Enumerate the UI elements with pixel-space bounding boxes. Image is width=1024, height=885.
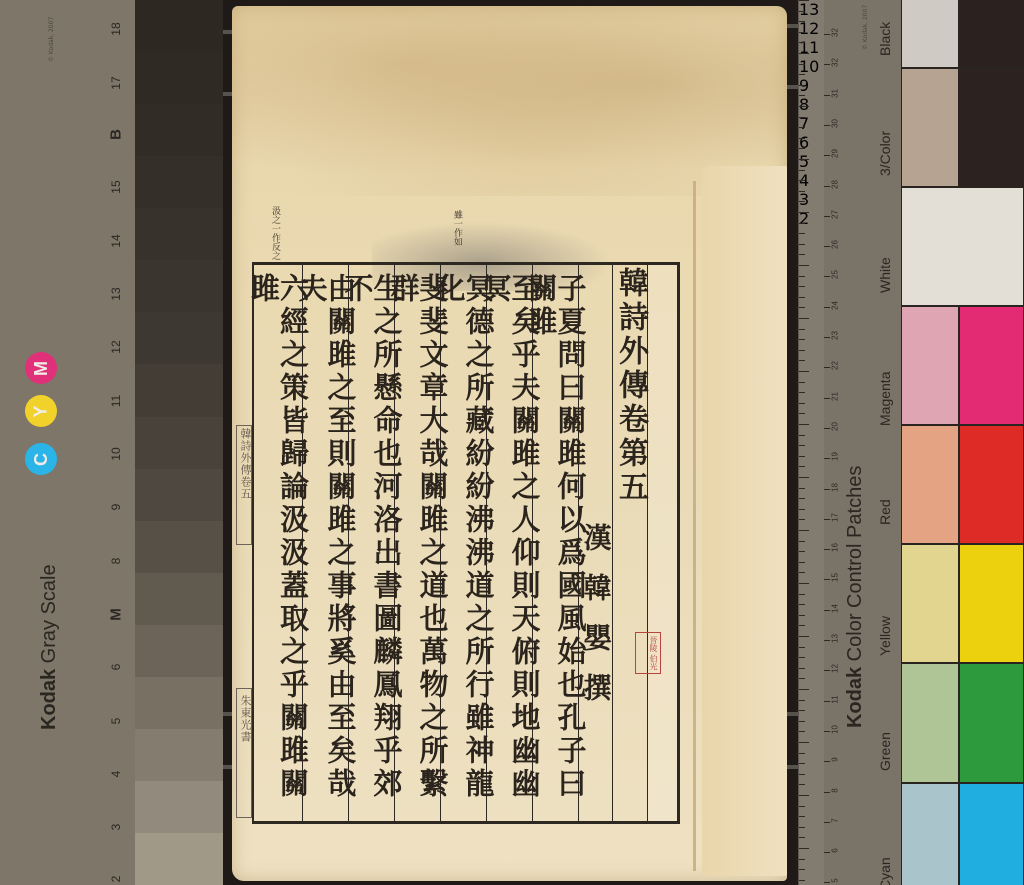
cm-label: 23 <box>831 325 840 347</box>
cm-label: 6 <box>831 840 840 862</box>
color-control-copyright: © Kodak, 2007 <box>862 5 869 50</box>
gray-patch <box>135 260 223 312</box>
cm-tick <box>824 216 830 217</box>
ruler-tick <box>799 138 805 139</box>
cm-tick <box>824 610 830 611</box>
ruler-tick <box>799 413 805 414</box>
gray-step-label: 8 <box>109 549 123 573</box>
cm-tick <box>824 579 830 580</box>
ruler-tick <box>799 477 809 478</box>
cm-label: 19 <box>831 446 840 468</box>
ruler-tick <box>799 95 805 96</box>
cm-tick <box>824 670 830 671</box>
gray-step-label: 11 <box>109 389 123 413</box>
cm-ruler: 1312111098765432 <box>798 0 824 885</box>
gray-patch <box>135 833 223 885</box>
patch-label-black: Black <box>877 22 893 56</box>
cm-label: 22 <box>831 355 840 377</box>
page-fold-line <box>693 181 696 871</box>
color-patch-red-dark <box>959 425 1024 544</box>
cm-tick <box>824 367 830 368</box>
gray-patch <box>135 625 223 677</box>
ruler-tick <box>799 180 805 181</box>
red-seal-stamp: 晉陵 伯光 <box>635 632 661 674</box>
cm-tick <box>824 64 830 65</box>
gray-step-label: 2 <box>109 867 123 885</box>
gray-patch <box>135 52 223 104</box>
ruler-tick <box>799 445 805 446</box>
cmy-dot-y: Y <box>25 395 57 427</box>
ruler-tick <box>799 201 805 202</box>
ruler-tick <box>799 233 805 234</box>
ruler-tick <box>799 286 805 287</box>
ruler-tick <box>799 689 809 690</box>
color-patch-red-light <box>901 425 959 544</box>
cmy-dot-c: C <box>25 443 57 475</box>
ruler-tick <box>799 382 805 383</box>
cm-label: 9 <box>831 749 840 771</box>
patch-label-green: Green <box>877 732 893 771</box>
gray-patch <box>135 208 223 260</box>
ruler-tick <box>799 392 805 393</box>
gray-patch <box>135 469 223 521</box>
ruler-tick <box>799 170 805 171</box>
cm-tick <box>824 125 830 126</box>
gray-scale-title: Kodak Gray Scale <box>38 564 61 730</box>
ruler-tick <box>799 625 805 626</box>
gray-scale-patches <box>135 0 223 885</box>
cm-label: 24 <box>831 294 840 316</box>
cm-tick <box>824 519 830 520</box>
ruler-tick <box>799 700 805 701</box>
cm-label: 27 <box>831 203 840 225</box>
ruler-tick <box>799 572 805 573</box>
patch-label-white: White <box>877 257 893 293</box>
gray-step-label: 14 <box>109 229 123 253</box>
ruler-tick <box>799 519 805 520</box>
cm-tick <box>824 428 830 429</box>
ruler-tick <box>799 350 805 351</box>
ruler-tick <box>799 424 809 425</box>
gray-patch <box>135 104 223 156</box>
cm-label: 12 <box>831 658 840 680</box>
cm-tick <box>824 276 830 277</box>
ruler-tick <box>799 604 805 605</box>
cm-tick <box>824 852 830 853</box>
cm-label: 21 <box>831 385 840 407</box>
ruler-tick <box>799 541 805 542</box>
cm-label: 15 <box>831 567 840 589</box>
gray-patch <box>135 417 223 469</box>
ruler-tick <box>799 647 805 648</box>
patch-label-yellow: Yellow <box>877 616 893 656</box>
ruler-tick <box>799 498 805 499</box>
cm-label: 32 <box>831 52 840 74</box>
ruler-tick <box>799 11 805 12</box>
ruler-tick <box>799 42 805 43</box>
inch-label: 13 <box>799 0 824 19</box>
patch-label-magenta: Magenta <box>877 372 893 426</box>
ruler-tick <box>799 339 805 340</box>
color-patch-green-dark <box>959 663 1024 783</box>
inch-label: 3 <box>799 190 824 209</box>
cm-label: 20 <box>831 415 840 437</box>
ruler-tick <box>799 710 805 711</box>
color-patch-magenta-dark <box>959 306 1024 425</box>
color-patch-yellow-light <box>901 544 959 663</box>
ruler-tick <box>799 869 805 870</box>
gray-patch <box>135 312 223 364</box>
cm-tick <box>824 458 830 459</box>
gray-patch <box>135 677 223 729</box>
patch-label-red: Red <box>877 499 893 525</box>
ruler-tick <box>799 117 805 118</box>
cmy-dot-m: M <box>25 352 57 384</box>
color-patch-cyan-light <box>901 783 959 885</box>
inch-label: 11 <box>799 38 824 57</box>
ruler-tick <box>799 276 805 277</box>
cm-tick <box>824 882 830 883</box>
cm-tick <box>824 640 830 641</box>
annotation-right: 雖一作如 <box>452 210 462 246</box>
gray-step-label: 18 <box>109 17 123 41</box>
ruler-tick <box>799 806 805 807</box>
cm-tick <box>824 822 830 823</box>
gray-step-label: 5 <box>109 709 123 733</box>
ruler-tick <box>799 435 805 436</box>
page-fold-flap <box>702 166 787 876</box>
cm-label: 28 <box>831 173 840 195</box>
color-patch-cyan-dark <box>959 783 1024 885</box>
ruler-tick <box>799 509 805 510</box>
cm-label: 29 <box>831 143 840 165</box>
ruler-tick <box>799 880 805 881</box>
ruler-tick <box>799 583 809 584</box>
ruler-tick <box>799 106 809 107</box>
gray-step-label: 10 <box>109 442 123 466</box>
color-patch-magenta-light <box>901 306 959 425</box>
cm-tick <box>824 337 830 338</box>
ruler-tick <box>799 85 805 86</box>
gray-step-label: 17 <box>109 71 123 95</box>
gray-step-label: B <box>108 123 125 147</box>
ruler-tick <box>799 244 805 245</box>
annotation-left: 汲之一作反之 <box>270 206 280 260</box>
ruler-tick <box>799 636 809 637</box>
gray-patch <box>135 573 223 625</box>
cm-tick <box>824 398 830 399</box>
ruler-tick <box>799 742 809 743</box>
ruler-tick <box>799 816 805 817</box>
ruler-tick <box>799 784 805 785</box>
gray-patch <box>135 729 223 781</box>
title-column: 韓詩外傳卷第五 <box>612 265 646 821</box>
cm-label: 26 <box>831 234 840 256</box>
ruler-tick <box>799 488 805 489</box>
cm-label: 14 <box>831 597 840 619</box>
ruler-tick <box>799 763 805 764</box>
inch-label: 10 <box>799 57 824 76</box>
color-control-title: Kodak Color Control Patches <box>844 466 867 728</box>
cm-tick <box>824 95 830 96</box>
cm-label: 8 <box>831 779 840 801</box>
cm-label: 16 <box>831 537 840 559</box>
gray-patch <box>135 0 223 52</box>
ruler-tick <box>799 551 805 552</box>
ruler-tick <box>799 795 809 796</box>
ruler-tick <box>799 53 809 54</box>
ruler-tick <box>799 859 805 860</box>
gray-patch <box>135 521 223 573</box>
ruler-tick <box>799 594 805 595</box>
ruler-tick <box>799 657 805 658</box>
cm-tick <box>824 489 830 490</box>
ruler-tick <box>799 159 809 160</box>
kodak-gray-scale-target: © Kodak, 2007 MYC 1817B15141312111098M65… <box>0 0 135 885</box>
color-patch-black-light <box>901 0 959 68</box>
book-title: 韓詩外傳卷第五 <box>615 265 645 505</box>
ruler-tick <box>799 64 805 65</box>
cm-tick <box>824 731 830 732</box>
gray-step-label: 12 <box>109 335 123 359</box>
color-patch-yellow-dark <box>959 544 1024 663</box>
cm-label: 31 <box>831 82 840 104</box>
blank-column <box>647 265 677 821</box>
cm-tick <box>824 246 830 247</box>
ruler-tick <box>799 678 805 679</box>
color-patches <box>901 0 1024 885</box>
margin-note-upper: 韓詩外傳卷五 <box>237 428 253 500</box>
cm-tick <box>824 761 830 762</box>
cm-label: 32 <box>831 22 840 44</box>
cm-tick <box>824 549 830 550</box>
gray-patch <box>135 156 223 208</box>
ruler-tick <box>799 731 805 732</box>
cm-label: 13 <box>831 628 840 650</box>
ruler-tick <box>799 191 805 192</box>
gray-patch <box>135 364 223 416</box>
gray-step-label: 3 <box>109 815 123 839</box>
margin-note-lower: 朱東光書 <box>237 695 253 743</box>
cm-label: 11 <box>831 688 840 710</box>
cm-tick <box>824 34 830 35</box>
gray-step-label: 13 <box>109 282 123 306</box>
ruler-tick <box>799 827 805 828</box>
ruler-tick <box>799 223 805 224</box>
ruler-tick <box>799 848 809 849</box>
ruler-tick <box>799 127 805 128</box>
ruler-tick <box>799 721 805 722</box>
printed-text-frame: 韓詩外傳卷第五 漢韓嬰撰 子夏問曰關雎何以爲國風始也孔子曰關雎 至矣乎夫關雎之人… <box>252 262 680 824</box>
color-patch-white <box>901 187 1024 306</box>
cm-tick <box>824 155 830 156</box>
ruler-tick <box>799 21 805 22</box>
ruler-tick <box>799 254 805 255</box>
cm-label: 17 <box>831 506 840 528</box>
gray-step-label: M <box>108 603 125 627</box>
ruler-tick <box>799 530 809 531</box>
ruler-tick <box>799 562 805 563</box>
text-columns: 韓詩外傳卷第五 漢韓嬰撰 子夏問曰關雎何以爲國風始也孔子曰關雎 至矣乎夫關雎之人… <box>254 265 677 821</box>
color-patch-black-dark <box>959 0 1024 68</box>
ruler-tick <box>799 837 805 838</box>
patch-label-3-color: 3/Color <box>877 131 893 176</box>
ruler-tick <box>799 403 805 404</box>
ruler-tick <box>799 774 805 775</box>
ruler-tick <box>799 371 809 372</box>
cm-tick <box>824 792 830 793</box>
ruler-tick <box>799 0 809 1</box>
cm-tick <box>824 186 830 187</box>
ruler-tick <box>799 360 805 361</box>
text-column-7: 六經之策皆歸論汲汲蓋取之乎關雎關雎 <box>254 265 302 821</box>
gray-patch <box>135 781 223 833</box>
gray-step-label: 15 <box>109 175 123 199</box>
cm-label: 10 <box>831 718 840 740</box>
inch-label: 5 <box>799 152 824 171</box>
cm-label: 25 <box>831 264 840 286</box>
gray-step-label: 6 <box>109 655 123 679</box>
ruler-tick <box>799 265 809 266</box>
ruler-tick <box>799 615 805 616</box>
color-patch-3color-light <box>901 68 959 187</box>
ruler-tick <box>799 329 805 330</box>
ruler-tick <box>799 297 805 298</box>
ruler-tick <box>799 668 805 669</box>
gray-step-label: 9 <box>109 495 123 519</box>
ruler-tick <box>799 32 805 33</box>
ruler-tick <box>799 466 805 467</box>
color-patch-green-light <box>901 663 959 783</box>
ruler-tick <box>799 753 805 754</box>
cm-label: 18 <box>831 476 840 498</box>
cm-tick <box>824 701 830 702</box>
ruler-tick <box>799 307 805 308</box>
gray-step-label: 4 <box>109 762 123 786</box>
gray-scale-copyright: © Kodak, 2007 <box>48 0 55 62</box>
cm-label: 30 <box>831 112 840 134</box>
ruler-tick <box>799 318 809 319</box>
patch-label-cyan: Cyan <box>877 857 893 885</box>
ruler-tick <box>799 456 805 457</box>
color-patch-3color-dark <box>959 68 1024 187</box>
cm-label: 7 <box>831 809 840 831</box>
ruler-tick <box>799 212 809 213</box>
cm-tick <box>824 307 830 308</box>
ruler-tick <box>799 74 805 75</box>
cm-label: 5 <box>831 870 840 885</box>
inch-label: 8 <box>799 95 824 114</box>
ruler-tick <box>799 148 805 149</box>
